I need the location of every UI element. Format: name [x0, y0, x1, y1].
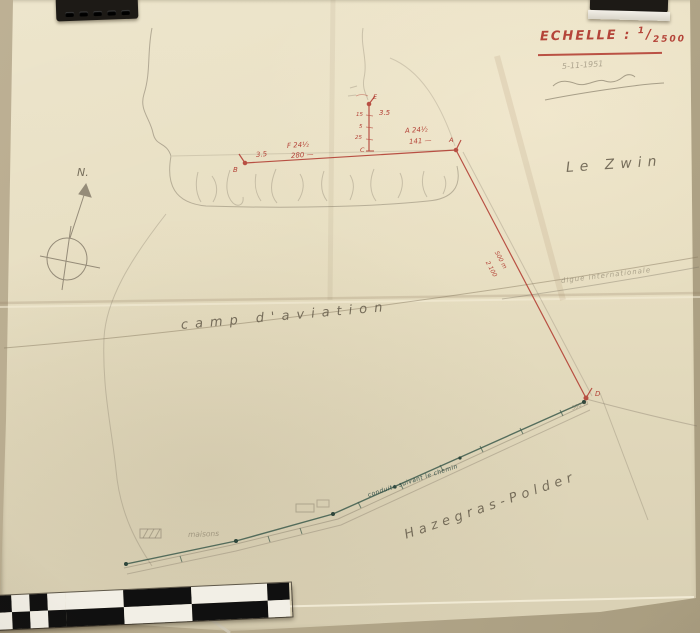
north-compass: [40, 184, 100, 290]
segment-w-name: F 24½: [287, 140, 309, 150]
calibration-checker: [30, 611, 49, 629]
calibration-checker: [29, 594, 48, 612]
calibration-checker: [48, 610, 67, 628]
tick-label-1: 15: [356, 112, 363, 118]
tick-label-2: 5: [359, 124, 363, 130]
clip-slot: [65, 12, 74, 17]
calibration-checker: [0, 612, 13, 630]
calibration-block: [66, 607, 125, 627]
north-arrow-head: [79, 184, 91, 197]
clip-slot: [107, 10, 116, 15]
dune-belt-outline: [170, 156, 459, 207]
calibration-checker: [47, 593, 66, 611]
scale-denominator: 2500: [653, 34, 686, 45]
point-b-label: B: [233, 166, 238, 174]
building-symbol: [296, 504, 314, 512]
calibration-checker: [12, 611, 31, 629]
survey-line-AD: [456, 150, 586, 398]
dune-boundary-west: [143, 28, 171, 156]
west-track: [104, 214, 166, 566]
conduite-line: [124, 400, 586, 566]
dune-hatching: [196, 169, 445, 205]
building-symbol: [317, 500, 329, 507]
point-a-label: A: [449, 136, 453, 144]
point-e-label: E: [373, 93, 377, 101]
maisons-label: maisons: [188, 529, 219, 539]
e-offset-label: 3.5: [379, 109, 390, 117]
calibration-block: [192, 601, 269, 621]
segment-e-length: 141 —: [409, 136, 432, 146]
scale-title: ECHELLE : 1/2500: [540, 25, 686, 46]
clip-slot: [93, 11, 102, 16]
clip-slot: [121, 10, 130, 15]
calibration-checker: [0, 595, 12, 613]
conduite-dots: [124, 400, 586, 566]
calibration-checker: [11, 594, 30, 612]
polder-road-edge-1: [124, 404, 588, 568]
scale-label: ECHELLE :: [540, 28, 632, 45]
tick-label-3: 25: [355, 135, 362, 141]
surveyor-signature: [545, 75, 664, 100]
conduite-polyline: [126, 402, 584, 564]
calibration-block: [268, 600, 291, 618]
conduite-ticks: [180, 410, 563, 562]
point-c-label: C: [360, 146, 365, 154]
calibration-block: [124, 604, 193, 624]
point-d-label: D: [595, 390, 600, 398]
b-offset-label: 3.5: [256, 150, 268, 159]
binder-clip-left: [56, 0, 139, 21]
photograph-of-survey-map: ECHELLE : 1/2500 5-11-1951 N. Le Zwin ca…: [0, 0, 700, 633]
segment-e-name: A 24½: [405, 125, 428, 135]
scale-numerator: 1: [638, 26, 646, 36]
segment-w-length: 280 —: [291, 150, 314, 160]
clip-slot: [79, 11, 88, 16]
calibration-block: [267, 583, 290, 601]
north-label: N.: [77, 166, 89, 179]
pencil-linework: [4, 28, 699, 633]
